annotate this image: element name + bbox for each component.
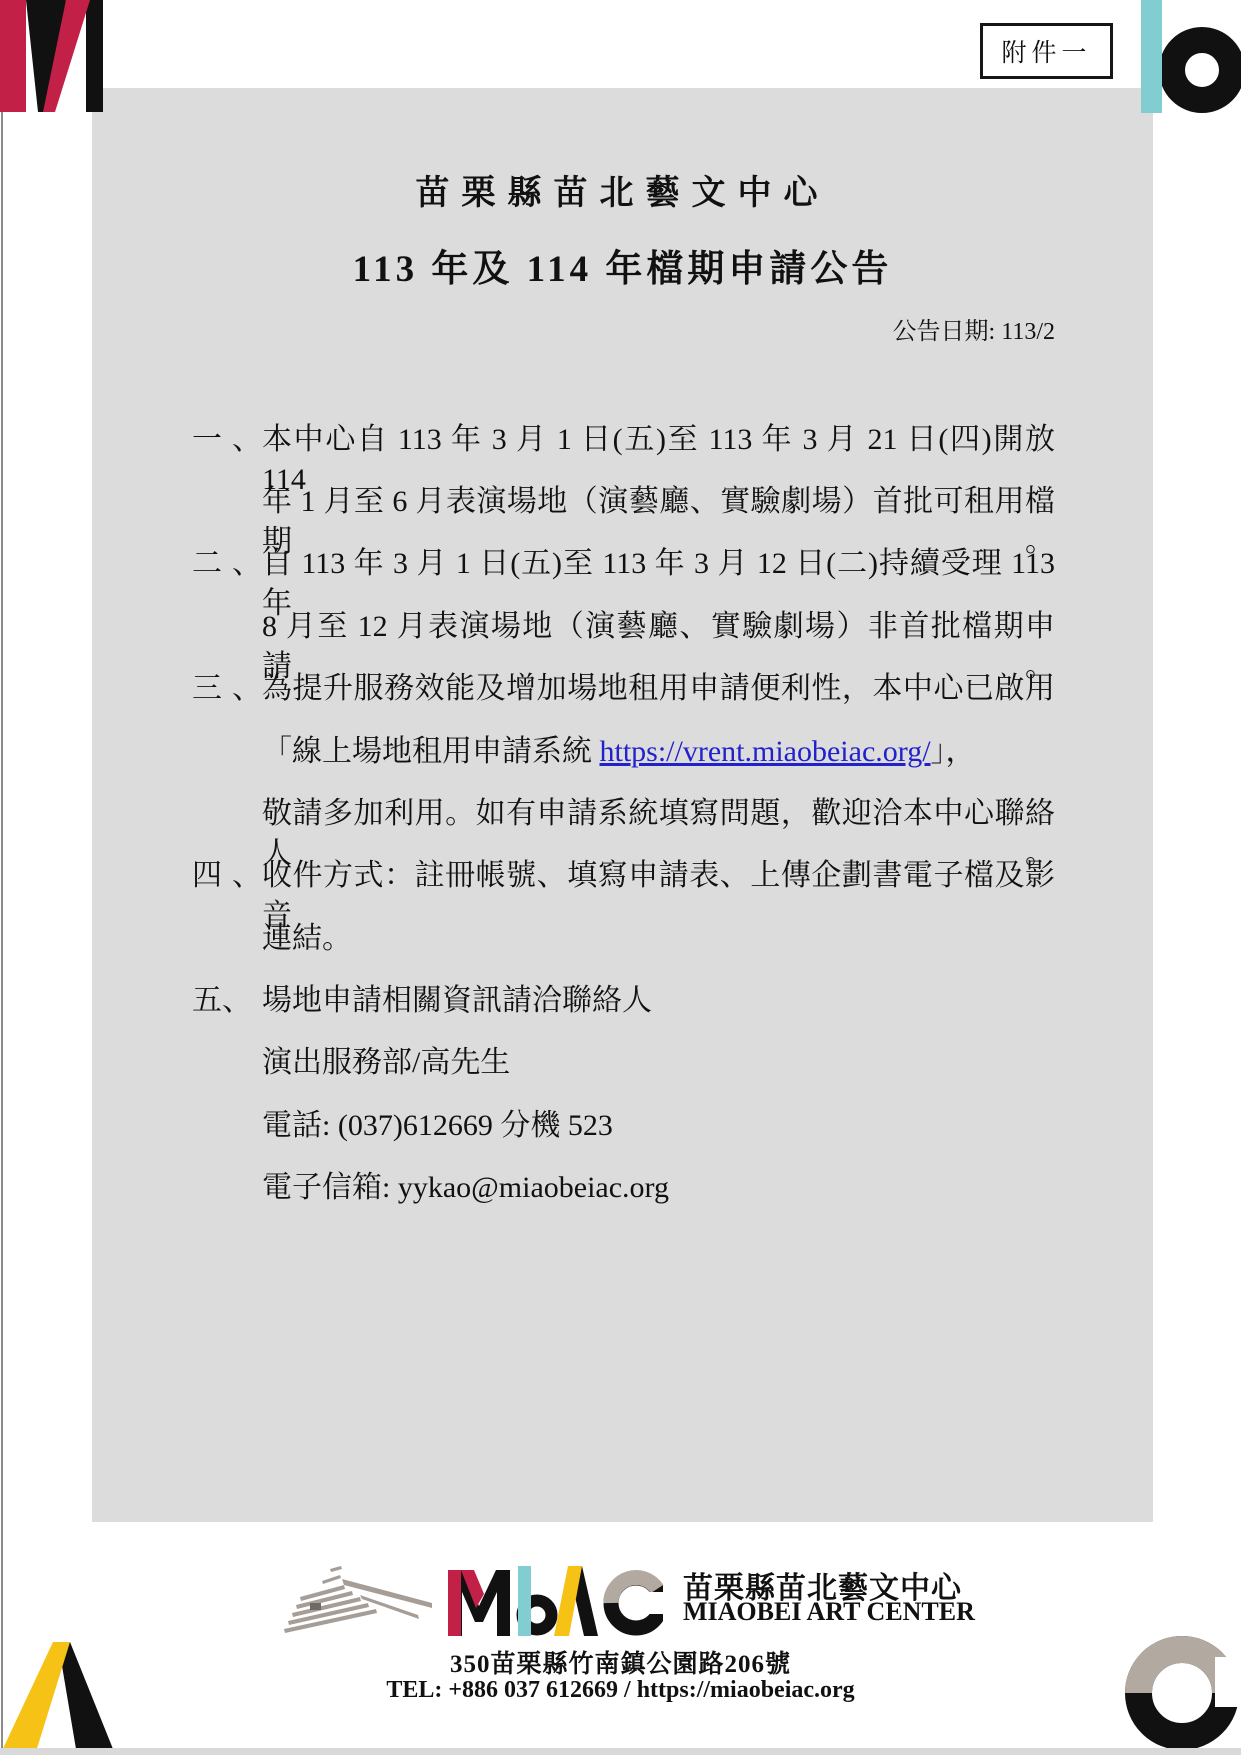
attachment-tag: 附件一 [980, 23, 1113, 79]
attachment-tag-label: 附件一 [1001, 33, 1091, 69]
mbac-logotype [448, 1566, 663, 1636]
left-edge-rule [1, 112, 3, 1748]
body-line: 連結。 [262, 919, 1055, 959]
page-title: 苗栗縣苗北藝文中心 [92, 165, 1153, 214]
announcement-page: { "page": { "attachment_label": "附件一" },… [0, 0, 1241, 1755]
list-number: 三、 [192, 669, 262, 709]
body-line: 三、 為提升服務效能及增加場地租用申請便利性，本中心已啟用 [262, 669, 1055, 709]
line-text: 」， [931, 735, 976, 768]
list-number: 一、 [192, 420, 262, 460]
bottom-edge-strip [0, 1748, 1241, 1755]
contact-phone-line: 電話: (037)612669 分機 523 [262, 1106, 1055, 1146]
line-text: 電話: (037)612669 分機 523 [262, 1109, 613, 1142]
b-corner-logo [1136, 0, 1241, 118]
building-sketch-icon [282, 1563, 432, 1635]
announce-date: 公告日期: 113/2 [600, 311, 1055, 346]
footer-org-name-en: MIAOBEI ART CENTER [683, 1597, 1013, 1627]
list-number: 二、 [192, 544, 262, 584]
page-subtitle: 113 年及 114 年檔期申請公告 [92, 238, 1153, 292]
body-line: 五、 場地申請相關資訊請洽聯絡人 [262, 981, 1055, 1021]
line-text: 為提升服務效能及增加場地租用申請便利性，本中心已啟用 [262, 672, 1055, 705]
line-text: 電子信箱: yykao@miaobeiac.org [262, 1171, 669, 1204]
contact-email-line: 電子信箱: yykao@miaobeiac.org [262, 1168, 1055, 1208]
b-corner-logo-icon [1136, 0, 1241, 118]
vrent-system-link[interactable]: https://vrent.miaobeiac.org/ [600, 735, 931, 768]
line-text: 「線上場地租用申請系統 [262, 735, 600, 768]
footer-tel-line: TEL: +886 037 612669 / https://miaobeiac… [0, 1677, 1241, 1704]
footer-address: 350苗栗縣竹南鎮公園路206號 [0, 1644, 1241, 1680]
list-number: 五、 [192, 981, 262, 1021]
m-corner-logo [0, 0, 106, 113]
contact-department-line: 演出服務部/高先生 [262, 1043, 1055, 1083]
body-line-with-link: 「線上場地租用申請系統 https://vrent.miaobeiac.org/… [262, 732, 1055, 772]
m-corner-logo-icon [0, 0, 106, 113]
line-text: 場地申請相關資訊請洽聯絡人 [262, 984, 652, 1017]
list-number: 四、 [192, 856, 262, 896]
line-text: 連結。 [262, 922, 352, 955]
line-text: 演出服務部/高先生 [262, 1046, 510, 1079]
